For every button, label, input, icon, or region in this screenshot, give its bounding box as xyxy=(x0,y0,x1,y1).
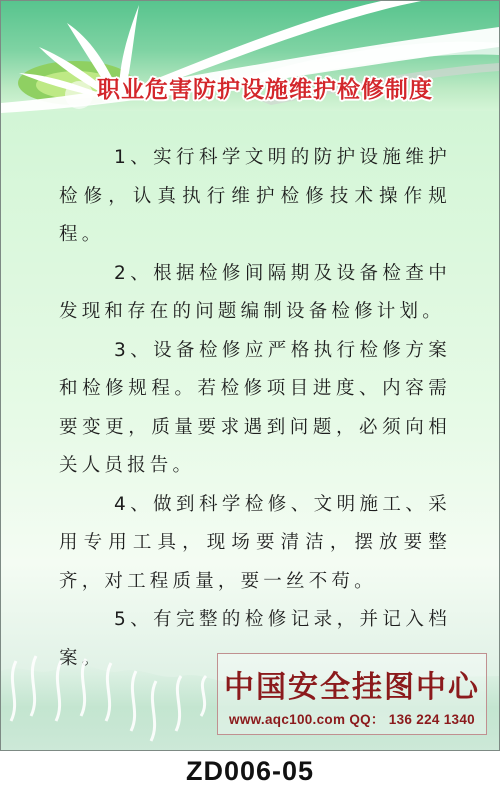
sign-title: 职业危害防护设施维护检修制度 xyxy=(97,71,417,107)
leaf-swoosh-decoration xyxy=(1,1,499,131)
safety-sign-board: 职业危害防护设施维护检修制度 1、实行科学文明的防护设施维护检修，认真执行维护检… xyxy=(0,0,500,751)
publisher-name: 中国安全挂图中心 xyxy=(218,662,486,706)
publisher-website: www.aqc100.com xyxy=(229,712,345,727)
qq-label: QQ： xyxy=(349,712,384,727)
regulation-item-4: 4、做到科学检修、文明施工、采用专用工具，现场要清洁，摆放要整齐，对工程质量，要… xyxy=(59,486,451,602)
product-code: ZD006-05 xyxy=(0,756,500,787)
regulation-content: 1、实行科学文明的防护设施维护检修，认真执行维护检修技术操作规程。 2、根据检修… xyxy=(59,139,451,678)
publisher-contact: www.aqc100.com QQ： 136 224 1340 xyxy=(218,708,486,728)
regulation-item-3: 3、设备检修应严格执行检修方案和检修规程。若检修项目进度、内容需要变更，质量要求… xyxy=(59,332,451,486)
regulation-item-1: 1、实行科学文明的防护设施维护检修，认真执行维护检修技术操作规程。 xyxy=(59,139,451,255)
regulation-item-2: 2、根据检修间隔期及设备检查中发现和存在的问题编制设备检修计划。 xyxy=(59,255,451,332)
publisher-stamp: 中国安全挂图中心 www.aqc100.com QQ： 136 224 1340 xyxy=(217,653,487,735)
qq-number: 136 224 1340 xyxy=(389,712,475,727)
